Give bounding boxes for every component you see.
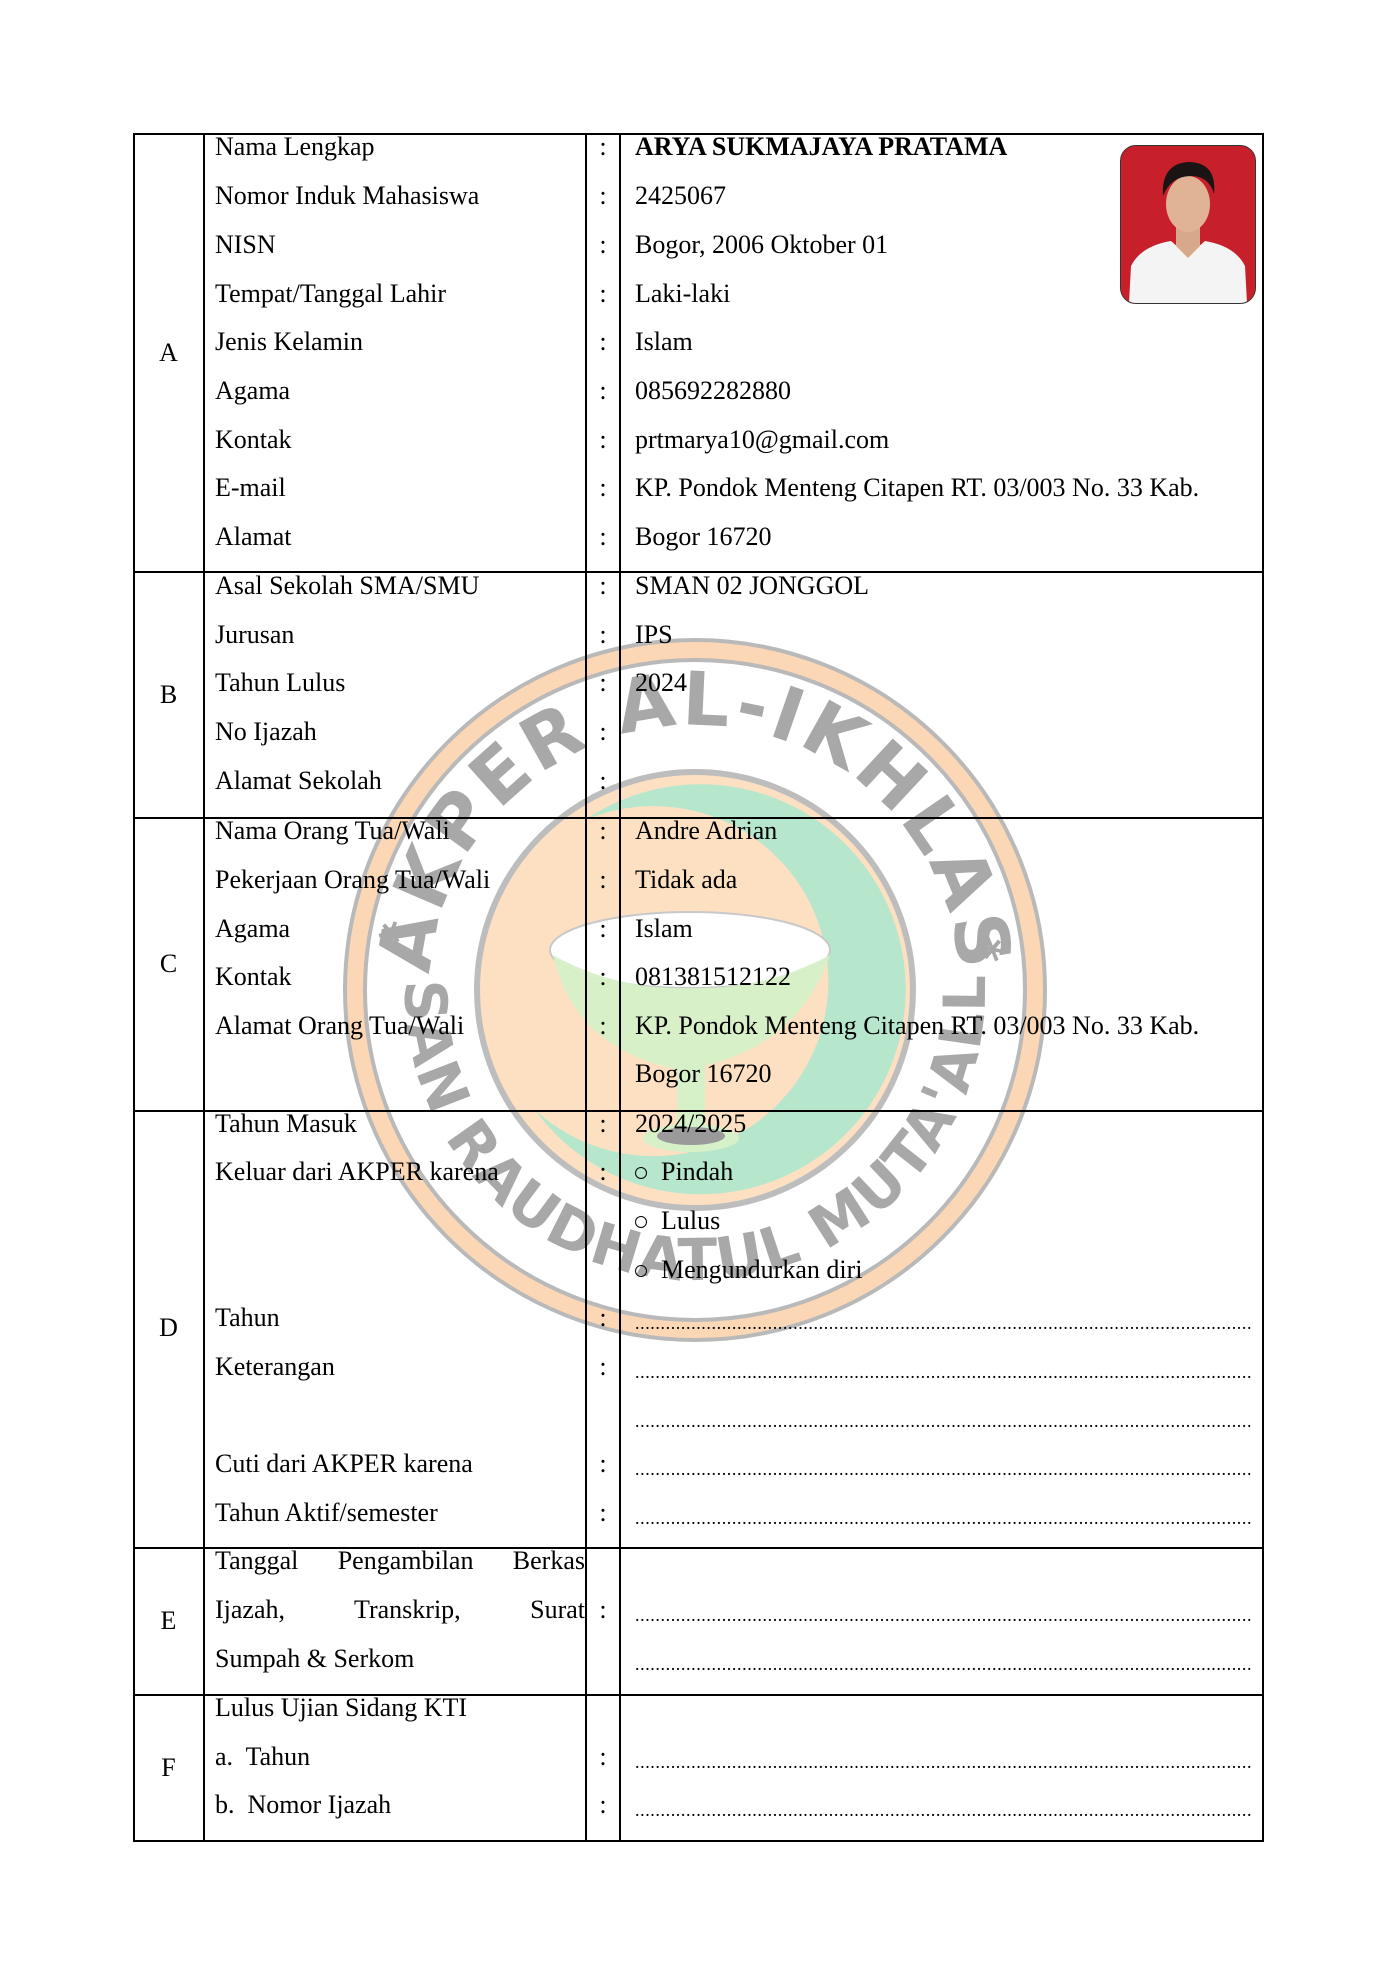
row-address: Alamat : Bogor 16720 — [133, 512, 1264, 561]
value: 085692282880 — [635, 366, 791, 415]
label: Agama — [215, 904, 290, 953]
colon: : — [586, 366, 620, 415]
row-active-semester: Tahun Aktif/semester : .................… — [133, 1488, 1264, 1537]
row-school-address: Alamat Sekolah : — [133, 756, 1264, 805]
row-notes-cont: ........................................… — [133, 1391, 1264, 1440]
blank-fill-line[interactable]: ........................................… — [635, 1591, 1252, 1640]
label: Ijazah, Transkrip, Surat — [215, 1585, 585, 1634]
label: Pekerjaan Orang Tua/Wali — [215, 855, 490, 904]
radio-circle-icon — [635, 1167, 647, 1179]
row-school: Asal Sekolah SMA/SMU : SMAN 02 JONGGOL — [133, 561, 1264, 610]
colon: : — [586, 317, 620, 366]
option-label: Mengundurkan diri — [661, 1255, 862, 1284]
row-notes: Keterangan : ...........................… — [133, 1342, 1264, 1391]
colon: : — [586, 855, 620, 904]
blank-fill-line[interactable]: ........................................… — [635, 1445, 1252, 1494]
value: Bogor 16720 — [635, 512, 772, 561]
row-exit-reason: Keluar dari AKPER karena : Pindah — [133, 1147, 1264, 1196]
value: prtmarya10@gmail.com — [635, 415, 889, 464]
row-exit-option-3: Mengundurkan diri — [133, 1245, 1264, 1294]
row-nisn: NISN : Bogor, 2006 Oktober 01 — [133, 220, 1264, 269]
label: No Ijazah — [215, 707, 317, 756]
row-birth: Tempat/Tanggal Lahir : Laki-laki — [133, 269, 1264, 318]
label: Kontak — [215, 415, 292, 464]
row-exit-option-2: Lulus — [133, 1196, 1264, 1245]
label: Agama — [215, 366, 290, 415]
label: NISN — [215, 220, 276, 269]
option-pindah[interactable]: Pindah — [635, 1147, 733, 1196]
radio-circle-icon — [635, 1216, 647, 1228]
colon: : — [586, 1488, 620, 1537]
label: Tahun Masuk — [215, 1099, 357, 1148]
label: Jurusan — [215, 610, 294, 659]
person-portrait-icon — [1121, 146, 1255, 303]
value: 2024 — [635, 658, 687, 707]
colon: : — [586, 1293, 620, 1342]
label: Keluar dari AKPER karena — [215, 1147, 499, 1196]
label: Alamat — [215, 512, 292, 561]
row-kti-diploma-no: b. Nomor Ijazah : ......................… — [133, 1780, 1264, 1829]
colon: : — [586, 1780, 620, 1829]
colon: : — [586, 561, 620, 610]
colon: : — [586, 463, 620, 512]
row-diploma-no: No Ijazah : — [133, 707, 1264, 756]
colon: : — [586, 707, 620, 756]
row-kti-year: a. Tahun : .............................… — [133, 1732, 1264, 1781]
label: a. Tahun — [215, 1732, 310, 1781]
label: Tahun — [215, 1293, 280, 1342]
value: Bogor, 2006 Oktober 01 — [635, 220, 888, 269]
value: Bogor 16720 — [635, 1049, 772, 1098]
label: Alamat Sekolah — [215, 756, 382, 805]
value: SMAN 02 JONGGOL — [635, 561, 869, 610]
row-religion: Agama : 085692282880 — [133, 366, 1264, 415]
student-photo — [1120, 145, 1256, 304]
student-data-table: A Nama Lengkap : ARYA SUKMAJAYA PRATAMA … — [133, 133, 1264, 1842]
label: Tempat/Tanggal Lahir — [215, 269, 446, 318]
row-kti-title: Lulus Ujian Sidang KTI — [133, 1683, 1264, 1732]
row-parent-job: Pekerjaan Orang Tua/Wali : Tidak ada — [133, 855, 1264, 904]
label: Asal Sekolah SMA/SMU — [215, 561, 479, 610]
value: Islam — [635, 904, 693, 953]
row-grad-year: Tahun Lulus : 2024 — [133, 658, 1264, 707]
row-pickup-date-line2: Ijazah, Transkrip, Surat : .............… — [133, 1585, 1264, 1634]
label: Tahun Aktif/semester — [215, 1488, 438, 1537]
colon: : — [586, 171, 620, 220]
label: Nama Orang Tua/Wali — [215, 806, 450, 855]
colon: : — [586, 220, 620, 269]
colon: : — [586, 512, 620, 561]
value: 081381512122 — [635, 952, 791, 1001]
row-gender: Jenis Kelamin : Islam — [133, 317, 1264, 366]
value: KP. Pondok Menteng Citapen RT. 03/003 No… — [635, 1001, 1199, 1050]
colon: : — [586, 658, 620, 707]
row-parent-address-cont: Bogor 16720 — [133, 1049, 1264, 1098]
colon: : — [586, 122, 620, 171]
colon: : — [586, 269, 620, 318]
label: Tanggal Pengambilan Berkas — [215, 1536, 585, 1585]
student-name: ARYA SUKMAJAYA PRATAMA — [635, 122, 1007, 171]
value: Andre Adrian — [635, 806, 777, 855]
value: IPS — [635, 610, 673, 659]
value: KP. Pondok Menteng Citapen RT. 03/003 No… — [635, 463, 1199, 512]
colon: : — [586, 415, 620, 464]
label: Nama Lengkap — [215, 122, 375, 171]
label: b. Nomor Ijazah — [215, 1780, 391, 1829]
radio-circle-icon — [635, 1265, 647, 1277]
row-full-name: Nama Lengkap : ARYA SUKMAJAYA PRATAMA — [133, 122, 1264, 171]
label: Lulus Ujian Sidang KTI — [215, 1683, 467, 1732]
row-parent-religion: Agama : Islam — [133, 904, 1264, 953]
row-parent-contact: Kontak : 081381512122 — [133, 952, 1264, 1001]
colon: : — [586, 1342, 620, 1391]
label: Keterangan — [215, 1342, 335, 1391]
row-email: E-mail : KP. Pondok Menteng Citapen RT. … — [133, 463, 1264, 512]
colon: : — [586, 1585, 620, 1634]
value: Islam — [635, 317, 693, 366]
blank-fill-line[interactable]: ........................................… — [635, 1786, 1252, 1835]
label: Jenis Kelamin — [215, 317, 363, 366]
row-contact: Kontak : prtmarya10@gmail.com — [133, 415, 1264, 464]
row-parent-address: Alamat Orang Tua/Wali : KP. Pondok Mente… — [133, 1001, 1264, 1050]
value: Laki-laki — [635, 269, 730, 318]
row-leave-reason: Cuti dari AKPER karena : ...............… — [133, 1439, 1264, 1488]
colon: : — [586, 904, 620, 953]
colon: : — [586, 952, 620, 1001]
row-pickup-date-line3: Sumpah & Serkom ........................… — [133, 1634, 1264, 1683]
colon: : — [586, 1147, 620, 1196]
option-lulus[interactable]: Lulus — [635, 1196, 720, 1245]
row-major: Jurusan : IPS — [133, 610, 1264, 659]
colon: : — [586, 610, 620, 659]
option-label: Pindah — [661, 1157, 733, 1186]
blank-fill-line[interactable]: ........................................… — [635, 1299, 1252, 1348]
value: 2425067 — [635, 171, 726, 220]
document-page: AKPER AL-IKHLAS YAYASAN RAUDHATUL MUTA'A… — [0, 0, 1398, 1977]
colon: : — [586, 1001, 620, 1050]
row-nim: Nomor Induk Mahasiswa : 2425067 — [133, 171, 1264, 220]
row-parent-name: Nama Orang Tua/Wali : Andre Adrian — [133, 806, 1264, 855]
option-label: Lulus — [661, 1206, 720, 1235]
label: Cuti dari AKPER karena — [215, 1439, 473, 1488]
colon: : — [586, 756, 620, 805]
row-year: Tahun : ................................… — [133, 1293, 1264, 1342]
colon: : — [586, 1732, 620, 1781]
colon: : — [586, 1439, 620, 1488]
value: Tidak ada — [635, 855, 737, 904]
colon: : — [586, 1099, 620, 1148]
blank-fill-line[interactable]: ........................................… — [635, 1640, 1252, 1689]
label: Alamat Orang Tua/Wali — [215, 1001, 464, 1050]
colon: : — [586, 806, 620, 855]
label: Kontak — [215, 952, 292, 1001]
label: E-mail — [215, 463, 286, 512]
label: Nomor Induk Mahasiswa — [215, 171, 479, 220]
blank-fill-line[interactable]: ........................................… — [635, 1348, 1252, 1397]
value: 2024/2025 — [635, 1099, 746, 1148]
label: Tahun Lulus — [215, 658, 345, 707]
row-entry-year: Tahun Masuk : 2024/2025 — [133, 1099, 1264, 1148]
row-pickup-date-line1: Tanggal Pengambilan Berkas — [133, 1536, 1264, 1585]
label: Sumpah & Serkom — [215, 1634, 414, 1683]
option-mengundurkan-diri[interactable]: Mengundurkan diri — [635, 1245, 862, 1294]
